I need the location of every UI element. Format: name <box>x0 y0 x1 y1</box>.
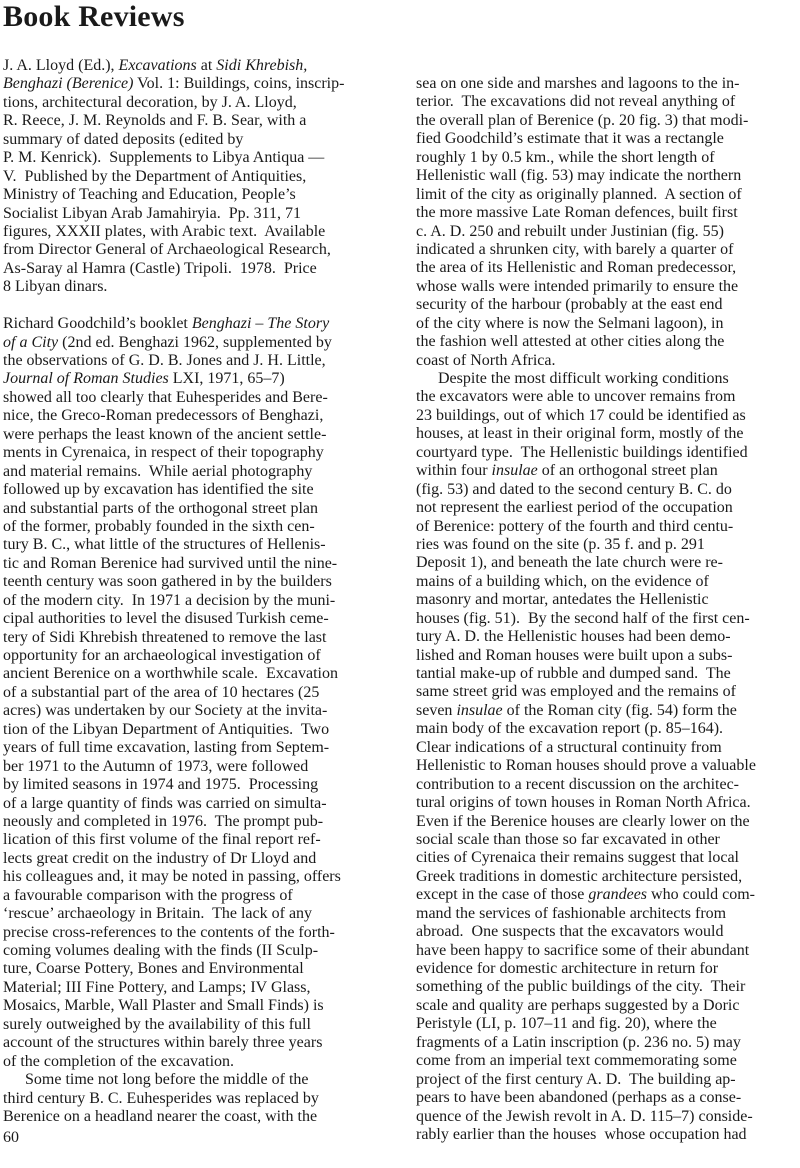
text-run: J. A. Lloyd (Ed.), <box>3 57 119 74</box>
text-line: by limited seasons in 1974 and 1975. Pro… <box>3 776 388 794</box>
text-line: Mosaics, Marble, Wall Plaster and Small … <box>3 997 388 1015</box>
text-run: project of the first century A. D. The b… <box>416 1071 736 1088</box>
text-line: ancient Berenice on a worthwhile scale. … <box>3 665 388 683</box>
text-line: summary of dated deposits (edited by <box>3 131 388 149</box>
text-line: fied Goodchild’s estimate that it was a … <box>416 130 800 148</box>
text-run: Even if the Berenice houses are clearly … <box>416 813 750 830</box>
text-line: V. Published by the Department of Antiqu… <box>3 168 388 186</box>
text-line: lished and Roman houses were built upon … <box>416 647 800 665</box>
text-line: 23 buildings, out of which 17 could be i… <box>416 407 800 425</box>
text-run: cities of Cyrenaica their remains sugges… <box>416 849 739 866</box>
text-run: opportunity for an archaeological invest… <box>3 647 321 664</box>
text-run: Socialist Libyan Arab Jamahiryia. Pp. 31… <box>3 205 301 222</box>
text-line: tion of the Libyan Department of Antiqui… <box>3 721 388 739</box>
text-line: As-Saray al Hamra (Castle) Tripoli. 1978… <box>3 260 388 278</box>
review-citation: J. A. Lloyd (Ed.), Excavations at Sidi K… <box>3 57 388 297</box>
text-line: Clear indications of a structural contin… <box>416 739 800 757</box>
text-run: same street grid was employed and the re… <box>416 683 736 700</box>
text-line: social scale than those so far excavated… <box>416 831 800 849</box>
text-run: pears to have been abandoned (perhaps as… <box>416 1089 741 1106</box>
text-line: abroad. One suspects that the excavators… <box>416 923 800 941</box>
text-line: of the modern city. In 1971 a decision b… <box>3 592 388 610</box>
text-run: have been happy to sacrifice some of the… <box>416 942 749 959</box>
text-line: something of the public buildings of the… <box>416 978 800 996</box>
text-run: As-Saray al Hamra (Castle) Tripoli. 1978… <box>3 260 317 277</box>
text-run: his colleagues and, it may be noted in p… <box>3 868 341 885</box>
text-run: third century B. C. Euhesperides was rep… <box>3 1090 319 1107</box>
text-line: P. M. Kenrick). Supplements to Libya Ant… <box>3 149 388 167</box>
text-run: acres) was undertaken by our Society at … <box>3 702 327 719</box>
text-line: Journal of Roman Studies LXI, 1971, 65–7… <box>3 370 388 388</box>
text-run: terior. The excavations did not reveal a… <box>416 93 735 110</box>
text-run: R. Reece, J. M. Reynolds and F. B. Sear,… <box>3 112 306 129</box>
text-run: social scale than those so far excavated… <box>416 831 720 848</box>
text-line: of Berenice: pottery of the fourth and t… <box>416 518 800 536</box>
text-run: who could com- <box>647 886 755 903</box>
text-line: Greek traditions in domestic architectur… <box>416 868 800 886</box>
text-line: except in the case of those grandees who… <box>416 886 800 904</box>
text-run: lication of this first volume of the fin… <box>3 831 321 848</box>
text-line: limit of the city as originally planned.… <box>416 186 800 204</box>
text-run: V. Published by the Department of Antiqu… <box>3 168 306 185</box>
text-line: project of the first century A. D. The b… <box>416 1071 800 1089</box>
text-run: a favourable comparison with the progres… <box>3 887 293 904</box>
text-run: contribution to a recent discussion on t… <box>416 776 739 793</box>
text-run: precise cross-references to the contents… <box>3 924 335 941</box>
text-run: Greek traditions in domestic architectur… <box>416 868 742 885</box>
text-line: figures, XXXII plates, with Arabic text.… <box>3 223 388 241</box>
text-run: fied Goodchild’s estimate that it was a … <box>416 130 724 147</box>
text-run: of the completion of the excavation. <box>3 1053 234 1070</box>
text-run: lished and Roman houses were built upon … <box>416 647 732 664</box>
text-line: precise cross-references to the contents… <box>3 924 388 942</box>
text-run: Some time not long before the middle of … <box>25 1071 309 1088</box>
text-run: ments in Cyrenaica, in respect of their … <box>3 444 324 461</box>
text-run: tions, architectural decoration, by J. A… <box>3 94 297 111</box>
review-body-left: Richard Goodchild’s booklet Benghazi – T… <box>3 315 388 1126</box>
text-line: Hellenistic wall (fig. 53) may indicate … <box>416 167 800 185</box>
text-run: ber 1971 to the Autumn of 1973, were fol… <box>3 758 308 775</box>
text-run: fragments of a Latin inscription (p. 236… <box>416 1034 741 1051</box>
text-line: courtyard type. The Hellenistic building… <box>416 444 800 462</box>
text-run: tion of the Libyan Department of Antiqui… <box>3 721 329 738</box>
text-line: teenth century was soon gathered in by t… <box>3 573 388 591</box>
text-run: tic and Roman Berenice had survived unti… <box>3 555 337 572</box>
text-run: summary of dated deposits (edited by <box>3 131 243 148</box>
text-run: of an orthogonal street plan <box>538 462 718 479</box>
text-run: scale and quality are perhaps suggested … <box>416 997 739 1014</box>
text-run: ‘rescue’ archaeology in Britain. The lac… <box>3 905 312 922</box>
text-line: Benghazi (Berenice) Vol. 1: Buildings, c… <box>3 75 388 93</box>
text-line: Even if the Berenice houses are clearly … <box>416 813 800 831</box>
text-line: rably earlier than the houses whose occu… <box>416 1126 800 1144</box>
italic-run: grandees <box>588 886 647 903</box>
text-line: Socialist Libyan Arab Jamahiryia. Pp. 31… <box>3 205 388 223</box>
text-line: of the former, probably founded in the s… <box>3 518 388 536</box>
text-line: lects great credit on the industry of Dr… <box>3 850 388 868</box>
text-run: of the Roman city (fig. 54) form the <box>503 702 737 719</box>
text-line: coming volumes dealing with the finds (I… <box>3 942 388 960</box>
text-line: tury A. D. the Hellenistic houses had be… <box>416 628 800 646</box>
text-run: Peristyle (LI, p. 107–11 and fig. 20), w… <box>416 1015 717 1032</box>
text-line: followed up by excavation has identified… <box>3 481 388 499</box>
text-line: and material remains. While aerial photo… <box>3 463 388 481</box>
text-line: not represent the earliest period of the… <box>416 499 800 517</box>
text-run: nice, the Greco-Roman predecessors of Be… <box>3 407 323 424</box>
text-run: lects great credit on the industry of Dr… <box>3 850 316 867</box>
text-run: seven <box>416 702 456 719</box>
text-line: third century B. C. Euhesperides was rep… <box>3 1090 388 1108</box>
text-run: by limited seasons in 1974 and 1975. Pro… <box>3 776 318 793</box>
italic-run: Excavations <box>119 57 197 74</box>
text-run: Mosaics, Marble, Wall Plaster and Small … <box>3 997 324 1014</box>
right-column: sea on one side and marshes and lagoons … <box>416 0 800 1144</box>
text-run: LXI, 1971, 65–7) <box>169 370 285 387</box>
text-run: Hellenistic wall (fig. 53) may indicate … <box>416 167 741 184</box>
text-line: the excavators were able to uncover rema… <box>416 388 800 406</box>
text-run: P. M. Kenrick). Supplements to Libya Ant… <box>3 149 324 166</box>
text-line: come from an imperial text commemorating… <box>416 1052 800 1070</box>
text-line: the fashion well attested at other citie… <box>416 333 800 351</box>
text-line: whose walls were intended primarily to e… <box>416 278 800 296</box>
text-line: mand the services of fashionable archite… <box>416 905 800 923</box>
text-run: followed up by excavation has identified… <box>3 481 314 498</box>
text-line: seven insulae of the Roman city (fig. 54… <box>416 702 800 720</box>
text-run: Deposit 1), and beneath the late church … <box>416 554 723 571</box>
text-run: tury B. C., what little of the structure… <box>3 536 326 553</box>
text-line: surely outweighed by the availability of… <box>3 1016 388 1034</box>
text-line: tury B. C., what little of the structure… <box>3 536 388 554</box>
text-run: evidence for domestic architecture in re… <box>416 960 718 977</box>
text-line: evidence for domestic architecture in re… <box>416 960 800 978</box>
text-run: (2nd ed. Benghazi 1962, supplemented by <box>58 334 332 351</box>
text-line: roughly 1 by 0.5 km., while the short le… <box>416 149 800 167</box>
text-line: 8 Libyan dinars. <box>3 278 388 296</box>
paragraph-gap <box>3 297 388 315</box>
text-run: ries was found on the site (p. 35 f. and… <box>416 536 705 553</box>
text-line: security of the harbour (probably at the… <box>416 296 800 314</box>
text-line: of a City (2nd ed. Benghazi 1962, supple… <box>3 334 388 352</box>
text-run: indicated a shrunken city, with barely a… <box>416 241 734 258</box>
italic-run: Benghazi – The Story <box>192 315 329 332</box>
text-run: at <box>197 57 217 74</box>
text-run: Despite the most difficult working condi… <box>438 370 729 387</box>
text-run: Richard Goodchild’s booklet <box>3 315 192 332</box>
text-line: have been happy to sacrifice some of the… <box>416 942 800 960</box>
text-run: not represent the earliest period of the… <box>416 499 733 516</box>
text-run: 8 Libyan dinars. <box>3 278 107 295</box>
text-line: fragments of a Latin inscription (p. 236… <box>416 1034 800 1052</box>
text-line: sea on one side and marshes and lagoons … <box>416 75 800 93</box>
text-line: pears to have been abandoned (perhaps as… <box>416 1089 800 1107</box>
text-line: Material; III Fine Pottery, and Lamps; I… <box>3 979 388 997</box>
text-run: the fashion well attested at other citie… <box>416 333 724 350</box>
text-line: coast of North Africa. <box>416 352 800 370</box>
italic-run: insulae <box>456 702 502 719</box>
text-line: tery of Sidi Khrebish threatened to remo… <box>3 629 388 647</box>
text-line: of a large quantity of finds was carried… <box>3 795 388 813</box>
text-run: rably earlier than the houses whose occu… <box>416 1126 747 1143</box>
text-run: neously and completed in 1976. The promp… <box>3 813 323 830</box>
text-line: houses (fig. 51). By the second half of … <box>416 610 800 628</box>
text-line: J. A. Lloyd (Ed.), Excavations at Sidi K… <box>3 57 388 75</box>
text-run: sea on one side and marshes and lagoons … <box>416 75 739 92</box>
text-run: within four <box>416 462 492 479</box>
text-line: nice, the Greco-Roman predecessors of Be… <box>3 407 388 425</box>
text-run: except in the case of those <box>416 886 588 903</box>
text-run: the area of its Hellenistic and Roman pr… <box>416 259 736 276</box>
text-run: quence of the Jewish revolt in A. D. 115… <box>416 1108 753 1125</box>
text-line: ries was found on the site (p. 35 f. and… <box>416 536 800 554</box>
text-run: Material; III Fine Pottery, and Lamps; I… <box>3 979 311 996</box>
text-run: the overall plan of Berenice (p. 20 fig.… <box>416 112 748 129</box>
text-run: Berenice on a headland nearer the coast,… <box>3 1108 317 1125</box>
text-run: account of the structures within barely … <box>3 1034 322 1051</box>
text-line: houses, at least in their original form,… <box>416 425 800 443</box>
text-run: the observations of G. D. B. Jones and J… <box>3 352 326 369</box>
text-run: cipal authorities to level the disused T… <box>3 610 329 627</box>
text-line: showed all too clearly that Euhesperides… <box>3 389 388 407</box>
text-line: of the city where is now the Selmani lag… <box>416 315 800 333</box>
text-run: of a large quantity of finds was carried… <box>3 795 327 812</box>
title-spacer <box>3 0 388 57</box>
text-run: were perhaps the least known of the anci… <box>3 426 326 443</box>
text-run: whose walls were intended primarily to e… <box>416 278 738 295</box>
text-run: mand the services of fashionable archite… <box>416 905 726 922</box>
text-line: Deposit 1), and beneath the late church … <box>416 554 800 572</box>
text-line: his colleagues and, it may be noted in p… <box>3 868 388 886</box>
text-run: (fig. 53) and dated to the second centur… <box>416 481 732 498</box>
text-run: something of the public buildings of the… <box>416 978 745 995</box>
text-run: c. A. D. 250 and rebuilt under Justinian… <box>416 223 724 240</box>
text-line: the observations of G. D. B. Jones and J… <box>3 352 388 370</box>
text-line: tantial make-up of rubble and dumped san… <box>416 665 800 683</box>
review-body-right: sea on one side and marshes and lagoons … <box>416 75 800 1144</box>
text-run: of a substantial part of the area of 10 … <box>3 684 319 701</box>
text-line: Despite the most difficult working condi… <box>416 370 800 388</box>
text-run: Vol. 1: Buildings, coins, inscrip- <box>133 75 344 92</box>
text-line: scale and quality are perhaps suggested … <box>416 997 800 1015</box>
text-line: cities of Cyrenaica their remains sugges… <box>416 849 800 867</box>
text-line: opportunity for an archaeological invest… <box>3 647 388 665</box>
text-run: tantial make-up of rubble and dumped san… <box>416 665 731 682</box>
text-line: and substantial parts of the orthogonal … <box>3 500 388 518</box>
text-line: contribution to a recent discussion on t… <box>416 776 800 794</box>
text-line: ture, Coarse Pottery, Bones and Environm… <box>3 960 388 978</box>
text-run: houses, at least in their original form,… <box>416 425 744 442</box>
text-run: courtyard type. The Hellenistic building… <box>416 444 748 461</box>
text-line: same street grid was employed and the re… <box>416 683 800 701</box>
text-line: Some time not long before the middle of … <box>3 1071 388 1089</box>
text-line: (fig. 53) and dated to the second centur… <box>416 481 800 499</box>
text-line: main body of the excavation report (p. 8… <box>416 720 800 738</box>
italic-run: Sidi Khrebish, <box>216 57 307 74</box>
text-run: tery of Sidi Khrebish threatened to remo… <box>3 629 326 646</box>
text-line: ments in Cyrenaica, in respect of their … <box>3 444 388 462</box>
text-line: c. A. D. 250 and rebuilt under Justinian… <box>416 223 800 241</box>
text-line: ber 1971 to the Autumn of 1973, were fol… <box>3 758 388 776</box>
text-run: coming volumes dealing with the finds (I… <box>3 942 318 959</box>
text-line: within four insulae of an orthogonal str… <box>416 462 800 480</box>
text-line: indicated a shrunken city, with barely a… <box>416 241 800 259</box>
text-line: masonry and mortar, antedates the Hellen… <box>416 591 800 609</box>
text-run: from Director General of Archaeological … <box>3 241 331 258</box>
text-run: roughly 1 by 0.5 km., while the short le… <box>416 149 715 166</box>
text-line: terior. The excavations did not reveal a… <box>416 93 800 111</box>
text-line: mains of a building which, on the eviden… <box>416 573 800 591</box>
italic-run: Benghazi (Berenice) <box>3 75 133 92</box>
text-line: years of full time excavation, lasting f… <box>3 739 388 757</box>
text-run: coast of North Africa. <box>416 352 556 369</box>
text-run: and material remains. While aerial photo… <box>3 463 312 480</box>
text-run: tury A. D. the Hellenistic houses had be… <box>416 628 731 645</box>
text-run: security of the harbour (probably at the… <box>416 296 723 313</box>
text-line: account of the structures within barely … <box>3 1034 388 1052</box>
text-line: Richard Goodchild’s booklet Benghazi – T… <box>3 315 388 333</box>
text-run: of the modern city. In 1971 a decision b… <box>3 592 335 609</box>
text-line: Hellenistic to Roman houses should prove… <box>416 757 800 775</box>
text-run: figures, XXXII plates, with Arabic text.… <box>3 223 325 240</box>
column-top-spacer <box>416 0 800 75</box>
text-run: abroad. One suspects that the excavators… <box>416 923 723 940</box>
text-run: and substantial parts of the orthogonal … <box>3 500 318 517</box>
text-line: the overall plan of Berenice (p. 20 fig.… <box>416 112 800 130</box>
text-run: surely outweighed by the availability of… <box>3 1016 311 1033</box>
text-run: the excavators were able to uncover rema… <box>416 388 735 405</box>
text-line: quence of the Jewish revolt in A. D. 115… <box>416 1108 800 1126</box>
text-line: the more massive Late Roman defences, bu… <box>416 204 800 222</box>
text-run: of Berenice: pottery of the fourth and t… <box>416 518 733 535</box>
text-run: ancient Berenice on a worthwhile scale. … <box>3 665 338 682</box>
text-line: cipal authorities to level the disused T… <box>3 610 388 628</box>
text-run: tural origins of town houses in Roman No… <box>416 794 751 811</box>
text-line: from Director General of Archaeological … <box>3 241 388 259</box>
text-line: of a substantial part of the area of 10 … <box>3 684 388 702</box>
text-run: ture, Coarse Pottery, Bones and Environm… <box>3 960 304 977</box>
text-line: Berenice on a headland nearer the coast,… <box>3 1108 388 1126</box>
text-run: of the city where is now the Selmani lag… <box>416 315 723 332</box>
text-line: a favourable comparison with the progres… <box>3 887 388 905</box>
text-run: 23 buildings, out of which 17 could be i… <box>416 407 746 424</box>
text-line: lication of this first volume of the fin… <box>3 831 388 849</box>
text-run: showed all too clearly that Euhesperides… <box>3 389 328 406</box>
text-run: come from an imperial text commemorating… <box>416 1052 737 1069</box>
italic-run: Journal of Roman Studies <box>3 370 169 387</box>
text-line: acres) was undertaken by our Society at … <box>3 702 388 720</box>
text-run: Hellenistic to Roman houses should prove… <box>416 757 756 774</box>
italic-run: insulae <box>492 462 538 479</box>
text-line: tic and Roman Berenice had survived unti… <box>3 555 388 573</box>
text-run: main body of the excavation report (p. 8… <box>416 720 723 737</box>
text-line: neously and completed in 1976. The promp… <box>3 813 388 831</box>
text-run: teenth century was soon gathered in by t… <box>3 573 332 590</box>
text-run: masonry and mortar, antedates the Hellen… <box>416 591 709 608</box>
text-run: mains of a building which, on the eviden… <box>416 573 709 590</box>
text-line: ‘rescue’ archaeology in Britain. The lac… <box>3 905 388 923</box>
text-line: were perhaps the least known of the anci… <box>3 426 388 444</box>
text-line: the area of its Hellenistic and Roman pr… <box>416 259 800 277</box>
text-run: the more massive Late Roman defences, bu… <box>416 204 738 221</box>
page-number: 60 <box>3 1129 19 1147</box>
text-run: limit of the city as originally planned.… <box>416 186 742 203</box>
text-run: Ministry of Teaching and Education, Peop… <box>3 186 296 203</box>
text-run: Clear indications of a structural contin… <box>416 739 722 756</box>
text-line: tural origins of town houses in Roman No… <box>416 794 800 812</box>
text-run: houses (fig. 51). By the second half of … <box>416 610 750 627</box>
text-line: of the completion of the excavation. <box>3 1053 388 1071</box>
left-column: J. A. Lloyd (Ed.), Excavations at Sidi K… <box>3 0 388 1126</box>
text-line: Peristyle (LI, p. 107–11 and fig. 20), w… <box>416 1015 800 1033</box>
text-line: tions, architectural decoration, by J. A… <box>3 94 388 112</box>
text-line: R. Reece, J. M. Reynolds and F. B. Sear,… <box>3 112 388 130</box>
text-run: of the former, probably founded in the s… <box>3 518 315 535</box>
italic-run: of a City <box>3 334 58 351</box>
text-run: years of full time excavation, lasting f… <box>3 739 329 756</box>
text-line: Ministry of Teaching and Education, Peop… <box>3 186 388 204</box>
